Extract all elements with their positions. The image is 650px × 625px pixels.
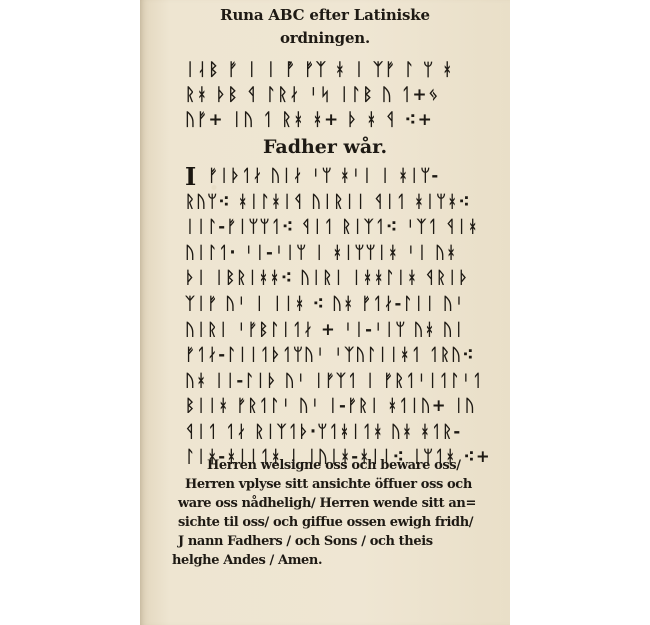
prayer-line: ᚱᚢᛘ⁖ ᚼᛁᛚᚼᛁᛩ ᚢᛁᚱᛁᛁ ᛩᛁᛐ ᚼᛁᛘᚼ⁖ bbox=[185, 192, 471, 211]
section-heading: Fadher wår. bbox=[140, 136, 510, 158]
book-page: Runa ABC efter Latiniske ordningen. ᛁᛆᛒ … bbox=[140, 0, 510, 625]
prayer-line: ᚢᛁᛚᛐ· ᛌᛁ-ᛌᛁᛘ ᛁ ᚼᛁᛘᛘᛁᚼ ᛌᛁ ᚢᚼ bbox=[185, 243, 457, 262]
prayer-line: ᚢᛁᚱᛁ ᛌᚠᛒᛚᛁᛐᛅ + ᛌᛁ-ᛌᛁᛘ ᚢᚼ ᚢᛁ bbox=[185, 320, 465, 339]
rune-alphabet-row-2: ᚱᚼ ᚦᛒ ᛩ ᛚᚱᛅ ᛌᛋ ᛁᛚᛒ ᚢ ᛐ+ᛃ bbox=[185, 85, 440, 105]
drop-cap: I bbox=[185, 166, 200, 188]
blessing-line: Herren vplyse sitt ansichte öffuer oss o… bbox=[185, 477, 472, 492]
prayer-line: ᛉᛁᚠ ᚢᛌ ᛁ ᛁᛁᚼ ⁖ ᚢᚼ ᚠᛐᛅ-ᛚᛁᛁ ᚢᛌ bbox=[185, 294, 465, 313]
blessing-line: J nann Fadhers / och Sons / och theis bbox=[178, 534, 433, 549]
prayer-line: ᛩᛁᛐ ᛐᛅ ᚱᛁᛉᛐᚦ·ᛘᛐᚼᛁᛐᚼ ᚢᚼ ᚼᛐᚱ- bbox=[185, 422, 461, 441]
prayer-line: ᛒᛁᛁᚼ ᚠᚱᛐᛚᛌ ᚢᛌ ᛁ-ᚠᚱᛁ ᚼᛐᛁᚢ+ ᛁᚢ bbox=[185, 396, 476, 415]
prayer-line: ᚦᛁ ᛁᛒᚱᛁᚼᚼ⁖ ᚢᛁᚱᛁ ᛁᚼᚼᛚᛁᚼ ᛩᚱᛁᚦ bbox=[185, 268, 469, 287]
blessing-line: ware oss nådheligh/ Herren wende sitt an… bbox=[178, 496, 476, 511]
blessing-line: Herren welsigne oss och beware oss/ bbox=[207, 458, 461, 473]
prayer-line: ᛁᛁᛚ-ᚠᛁᛘᛘᛐ⁖ ᛩᛁᛐ ᚱᛁᛉᛐ⁖ ᛌᛉᛐ ᛩᛁᚼ bbox=[185, 217, 479, 236]
page-title-line-2: ordningen. bbox=[140, 29, 510, 47]
rune-alphabet-row-1: ᛁᛆᛒ ᚠ ᛁ ᛁ ᚡ ᚠᛉ ᚼ ᛁ ᛉᚠ ᛚ ᛘ ᚼ bbox=[185, 60, 454, 80]
prayer-line: ᚢᚼ ᛁᛁ-ᛚᛁᚦ ᚢᛌ ᛁᚠᛉᛐ ᛁ ᚠᚱᛐᛌᛁᛐᛚᛌᛐ bbox=[185, 371, 483, 390]
blessing-line: sichte til oss/ och giffue ossen ewigh f… bbox=[178, 515, 473, 530]
prayer-line: ᚠᛐᛅ-ᛚᛁᛁᛐᚦᛐᛘᚢᛌ ᛌᛉᚢᛚᛁᛁᚼᛐ ᛐᚱᚢ⁖ bbox=[185, 345, 475, 364]
prayer-line: ᚠᛁᚦᛐᛅ ᚢᛁᛅ ᛌᛘ ᚼᛌᛁ ᛁ ᚼᛁᛘ- bbox=[208, 166, 439, 185]
rune-alphabet-row-3: ᚢᚠ+ ᛁᚢ ᛐ ᚱᚼ ᚼ+ ᚦ ᚼ ᛩ ⁖+ bbox=[185, 110, 433, 130]
page-title-line-1: Runa ABC efter Latiniske bbox=[140, 6, 510, 24]
blessing-line: helghe Andes / Amen. bbox=[172, 553, 322, 568]
